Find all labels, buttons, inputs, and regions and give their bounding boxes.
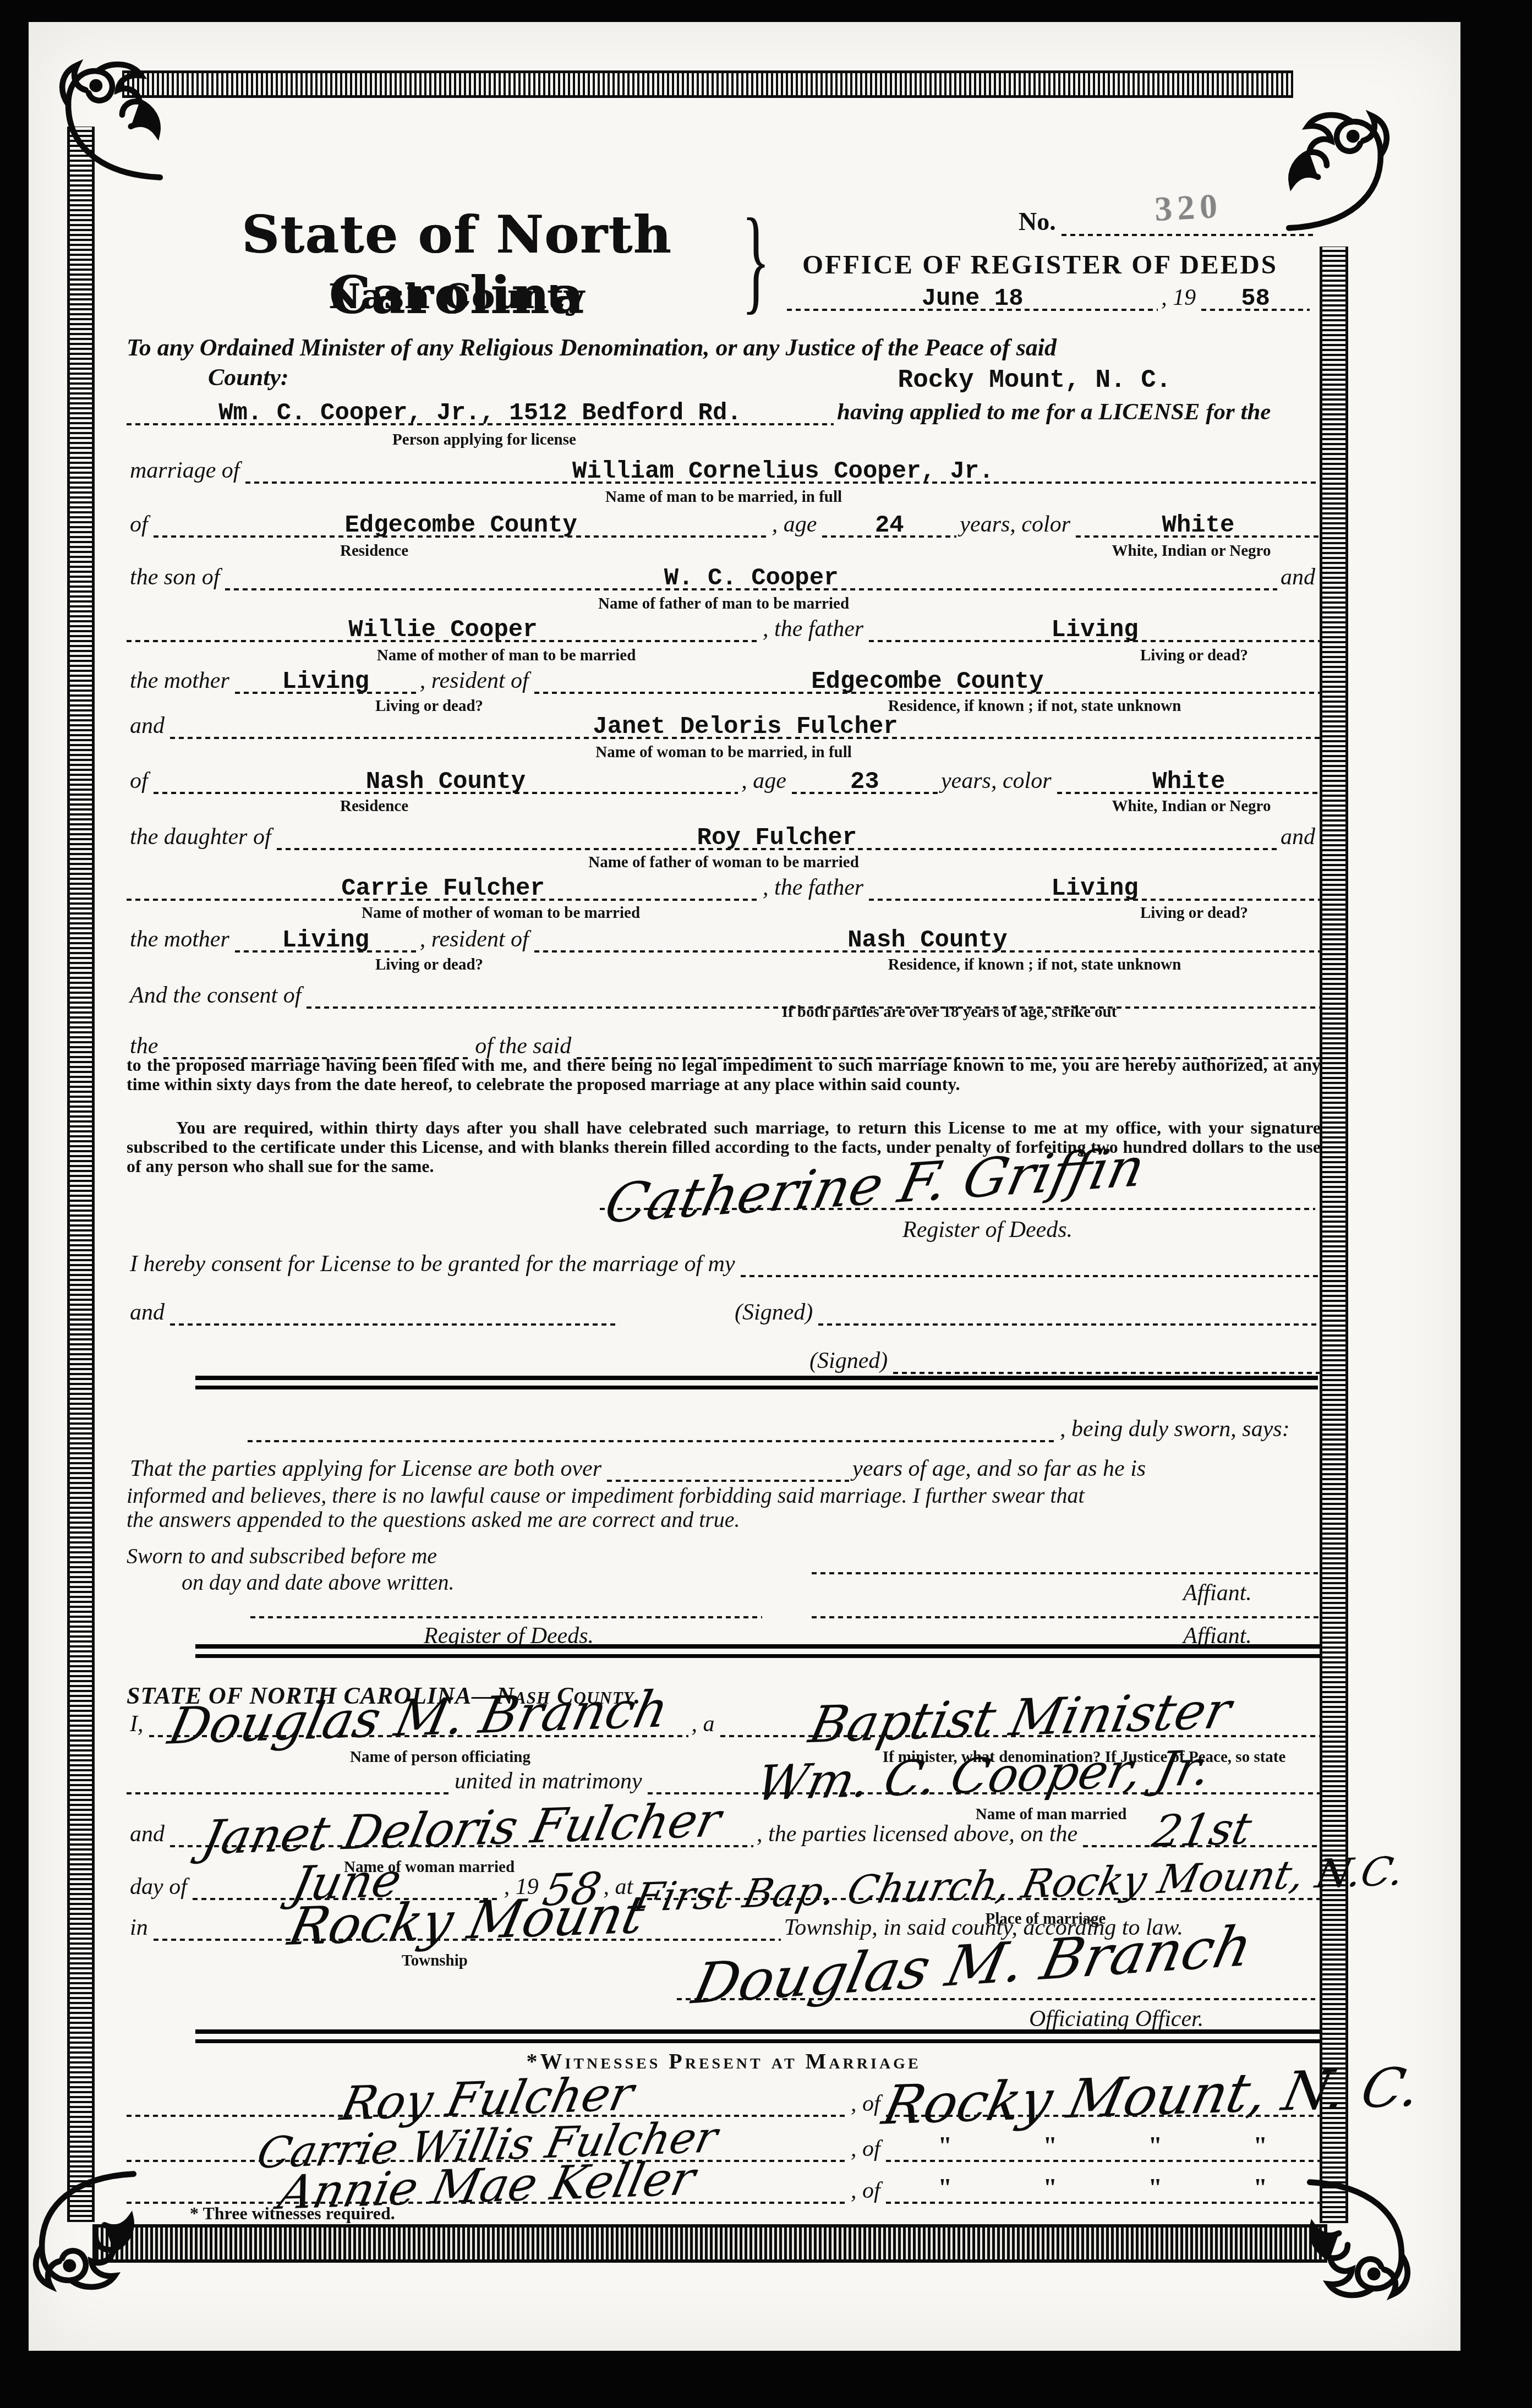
- township-line: Rocky Mount: [154, 1906, 781, 1939]
- woman-married-row: and Janet Deloris Fulcher , the parties …: [127, 1812, 1321, 1846]
- county-title: Nash County: [149, 276, 765, 316]
- bride-parents-residence-sub: Residence, if known ; if not, state unkn…: [748, 956, 1321, 973]
- number-label: No.: [1015, 209, 1062, 234]
- bride-of-label: of: [127, 769, 154, 792]
- officiating-officer-label: Officiating Officer.: [1029, 2006, 1203, 2032]
- issue-date-line: June 18: [787, 285, 1158, 309]
- signed-label-2: (Signed): [806, 1349, 893, 1372]
- the-label: the: [127, 1035, 163, 1058]
- years-color-label: years, color: [956, 513, 1076, 536]
- issue-date-value: June 18: [922, 285, 1024, 313]
- groom-father-sub: Name of father of man to be married: [462, 595, 985, 612]
- a-label: , a: [688, 1712, 720, 1736]
- bride-parents-residence-line: Nash County: [534, 927, 1321, 951]
- groom-mother-living-line: Living: [235, 668, 417, 692]
- corner-ornament-top-left: [48, 59, 167, 183]
- licensed-label: , the parties licensed above, on the: [753, 1823, 1083, 1846]
- sworn-before-line-1: Sworn to and subscribed before me: [127, 1544, 437, 1568]
- township-value: Rocky Mount: [287, 1902, 647, 1941]
- applicant-line: Wm. C. Cooper, Jr., 1512 Bedford Rd.: [127, 399, 834, 424]
- denomination-value: Baptist Minister: [808, 1698, 1233, 1738]
- bride-color-sub: White, Indian or Negro: [1062, 798, 1321, 814]
- bride-father-sub: Name of father of woman to be married: [462, 854, 985, 871]
- bride-residence-line: Nash County: [154, 768, 738, 792]
- applicant-row: Wm. C. Cooper, Jr., 1512 Bedford Rd. hav…: [127, 394, 1321, 424]
- groom-father-row: the son of W. C. Cooper and: [127, 559, 1321, 589]
- groom-name-row: marriage of William Cornelius Cooper, Jr…: [127, 452, 1321, 482]
- bride-color-line: White: [1057, 768, 1321, 792]
- officiant-name-line: Douglas M. Branch: [149, 1703, 688, 1736]
- groom-residence-line: Edgecombe County: [154, 512, 769, 536]
- of-label: of: [127, 513, 154, 536]
- township-sub: Township: [330, 1952, 539, 1969]
- groom-father-line: W. C. Cooper: [225, 565, 1277, 589]
- witness-residence-line-3: " " " ": [886, 2173, 1321, 2202]
- marriage-date-row: day of June , 19 58 , at First Bap. Chur…: [127, 1864, 1321, 1898]
- age-label: , age: [769, 513, 823, 536]
- license-paragraph-1: to the proposed marriage having been fil…: [127, 1055, 1321, 1094]
- applicant-value: Wm. C. Cooper, Jr., 1512 Bedford Rd.: [218, 399, 742, 427]
- bride-father-living-value: Living: [1051, 875, 1138, 902]
- bride-name-row: and Janet Deloris Fulcher: [127, 708, 1321, 737]
- border-bottom-bar: [92, 2224, 1327, 2263]
- groom-color-sub: White, Indian or Negro: [1062, 543, 1321, 559]
- bride-name-sub: Name of woman to be married, in full: [462, 744, 985, 760]
- witness-name-line-1: Roy Fulcher: [127, 2086, 847, 2115]
- groom-name-value: William Cornelius Cooper, Jr.: [572, 458, 994, 485]
- officiant-row: I, Douglas M. Branch , a Baptist Ministe…: [127, 1701, 1321, 1736]
- groom-parents-residence-value: Edgecombe County: [811, 668, 1043, 696]
- section-divider-3: [195, 2029, 1321, 2043]
- groom-name-sub: Name of man to be married, in full: [462, 489, 985, 505]
- register-line-2: [250, 1587, 762, 1617]
- witness-name-line-2: Carrie Willis Fulcher: [127, 2133, 847, 2160]
- groom-mother-line: Willie Cooper: [127, 616, 759, 641]
- affidavit-line-2: informed and believes, there is no lawfu…: [127, 1484, 1085, 1508]
- corner-ornament-bottom-right: [1303, 2176, 1421, 2300]
- sworn-says-row: , being duly sworn, says:: [248, 1411, 1321, 1441]
- border-top-bar: [122, 70, 1293, 98]
- resident-of-label: , resident of: [417, 669, 534, 692]
- salutation-county: County:: [208, 363, 289, 391]
- scanned-marriage-license: State of North Carolina Nash County } No…: [0, 0, 1532, 2408]
- brace-glyph: }: [742, 205, 770, 314]
- bride-residence-row: of Nash County , age 23 years, color Whi…: [127, 763, 1321, 792]
- strike-note: If both parties are over 18 years of age…: [732, 1004, 1167, 1020]
- bride-mother-sub: Name of mother of woman to be married: [237, 905, 765, 921]
- man-married-line: Wm. C. Cooper, Jr.: [648, 1761, 1321, 1793]
- issue-date-row: June 18 , 19 58: [787, 280, 1310, 309]
- bride-residence-value: Nash County: [366, 768, 526, 796]
- witness-name-3: Annie Mae Keller: [277, 2168, 697, 2205]
- affidavit-line-3: the answers appended to the questions as…: [127, 1508, 740, 1532]
- groom-name-line: William Cornelius Cooper, Jr.: [245, 458, 1321, 482]
- bride-father-living-line: Living: [869, 875, 1321, 899]
- bride-father-line: Roy Fulcher: [277, 824, 1277, 849]
- officiant-name-value: Douglas M. Branch: [167, 1696, 670, 1739]
- i-label: I,: [127, 1712, 149, 1736]
- bride-years-color-label: years, color: [938, 769, 1057, 792]
- guardian-and-row: and (Signed): [127, 1294, 1321, 1324]
- groom-father-value: W. C. Cooper: [664, 565, 839, 592]
- issue-year-value: 58: [1241, 285, 1270, 313]
- affiant-line-1: [812, 1543, 1318, 1573]
- bride-resident-of-label: , resident of: [417, 928, 534, 951]
- witness-of-label-2: , of: [847, 2137, 886, 2160]
- bride-name-value: Janet Deloris Fulcher: [593, 713, 898, 741]
- guardian-consent-label: I hereby consent for License to be grant…: [127, 1252, 741, 1276]
- number-stamp: 320: [1153, 185, 1223, 229]
- license-number-row: No. 320: [1015, 205, 1315, 234]
- groom-father-living-value: Living: [1051, 616, 1138, 644]
- woman-married-value: Janet Deloris Fulcher: [201, 1809, 723, 1850]
- cert-and-label: and: [127, 1823, 170, 1846]
- witness-residence-3: " " " ": [938, 2174, 1269, 2202]
- witnesses-footnote: * Three witnesses required.: [190, 2203, 395, 2224]
- bride-mother-living-value: Living: [282, 927, 369, 954]
- groom-mother-value: Willie Cooper: [348, 616, 537, 644]
- day-of-label: day of: [127, 1875, 193, 1898]
- applied-text: having applied to me for a LICENSE for t…: [834, 400, 1276, 424]
- bride-mother-value: Carrie Fulcher: [341, 875, 545, 902]
- son-of-label: the son of: [127, 566, 225, 589]
- bride-father-living-sub: Living or dead?: [1070, 905, 1318, 921]
- section-divider-1: [195, 1376, 1318, 1389]
- the-of-said-row: the of the said: [127, 1028, 1321, 1058]
- office-title: OFFICE OF REGISTER OF DEEDS: [770, 249, 1310, 280]
- applicant-sub: Person applying for license: [297, 431, 671, 448]
- denomination-line: Baptist Minister: [720, 1703, 1321, 1736]
- bride-mother-living-line: Living: [235, 927, 417, 951]
- witness-residence-line-1: Rocky Mount, N. C.: [886, 2081, 1321, 2115]
- witness-residence-line-2: " " " ": [886, 2131, 1321, 2160]
- groom-residence-row: of Edgecombe County , age 24 years, colo…: [127, 506, 1321, 536]
- witness-name-1: Roy Fulcher: [339, 2083, 635, 2116]
- signed-label-1: (Signed): [731, 1301, 818, 1324]
- witness-row-1: Roy Fulcher , of Rocky Mount, N. C.: [127, 2086, 1321, 2115]
- number-line: 320: [1062, 194, 1315, 234]
- bride-mother-row: Carrie Fulcher , the father Living: [127, 869, 1321, 899]
- groom-color-line: White: [1076, 512, 1321, 536]
- witness-name-line-3: Annie Mae Keller: [127, 2172, 847, 2202]
- witness-row-2: Carrie Willis Fulcher , of " " " ": [127, 2131, 1321, 2160]
- bride-and-label: and: [127, 714, 170, 737]
- over-age-row: That the parties applying for License ar…: [127, 1451, 1321, 1480]
- marriage-day-value: 21st: [1151, 1818, 1253, 1843]
- witness-of-label-1: , of: [847, 2092, 886, 2115]
- salutation-line: To any Ordained Minister of any Religiou…: [127, 333, 1321, 362]
- marriage-month-value: June: [291, 1869, 403, 1896]
- witness-residence-2: " " " ": [938, 2132, 1269, 2160]
- bride-father-value: Roy Fulcher: [697, 824, 857, 852]
- woman-married-line: Janet Deloris Fulcher: [170, 1815, 753, 1846]
- bride-the-mother-label: the mother: [127, 928, 235, 951]
- and-consent-label: And the consent of: [127, 984, 307, 1007]
- applicant-city: Rocky Mount, N. C.: [820, 368, 1249, 393]
- guardian-consent-row: I hereby consent for License to be grant…: [127, 1246, 1321, 1276]
- united-row: united in matrimony Wm. C. Cooper, Jr.: [127, 1759, 1321, 1793]
- bride-mother-line: Carrie Fulcher: [127, 875, 759, 899]
- bride-mother-living-row: the mother Living , resident of Nash Cou…: [127, 921, 1321, 951]
- groom-mother-sub: Name of mother of man to be married: [259, 647, 754, 664]
- groom-father-living-line: Living: [869, 616, 1321, 641]
- groom-mother-living-value: Living: [282, 668, 369, 696]
- border-left-bar: [67, 127, 95, 2222]
- bride-age-line: 23: [792, 768, 938, 792]
- guardian-signed-row-2: (Signed): [127, 1343, 1321, 1372]
- bride-color-value: White: [1152, 768, 1225, 796]
- and-label: and: [1277, 566, 1321, 589]
- the-mother-label: the mother: [127, 669, 235, 692]
- witness-residence-1: Rocky Mount, N. C.: [881, 2074, 1422, 2120]
- united-label: united in matrimony: [451, 1770, 648, 1793]
- corner-ornament-bottom-left: [22, 2168, 140, 2292]
- bride-the-father-label: , the father: [759, 876, 869, 899]
- register-of-deeds-label: Register of Deeds.: [902, 1217, 1073, 1243]
- man-married-value: Wm. C. Cooper, Jr.: [755, 1756, 1213, 1796]
- of-said-label: of the said: [472, 1035, 577, 1058]
- groom-father-living-sub: Living or dead?: [1070, 647, 1318, 664]
- affiant-line-2: [812, 1587, 1321, 1617]
- witness-of-label-3: , of: [847, 2179, 886, 2202]
- witness-row-3: Annie Mae Keller , of " " " ": [127, 2172, 1321, 2202]
- border-right-bar: [1320, 247, 1348, 2223]
- groom-residence-value: Edgecombe County: [344, 512, 577, 539]
- over-line-label: That the parties applying for License ar…: [127, 1457, 607, 1480]
- bride-age-label: , age: [738, 769, 792, 792]
- marriage-of-label: marriage of: [127, 459, 245, 482]
- daughter-of-label: the daughter of: [127, 825, 277, 849]
- bride-name-line: Janet Deloris Fulcher: [170, 713, 1321, 737]
- bride-and2-label: and: [1277, 825, 1321, 849]
- section-divider-2: [195, 1644, 1321, 1658]
- the-father-label: , the father: [759, 617, 869, 641]
- sworn-suffix-label: , being duly sworn, says:: [1057, 1418, 1295, 1441]
- in-label: in: [127, 1916, 154, 1939]
- issue-year-line: 58: [1201, 285, 1310, 309]
- bride-mother-living-sub: Living or dead?: [300, 956, 559, 973]
- groom-age-value: 24: [875, 512, 904, 539]
- groom-age-line: 24: [822, 512, 956, 536]
- consent-row: And the consent of: [127, 977, 1321, 1007]
- bride-father-row: the daughter of Roy Fulcher and: [127, 819, 1321, 849]
- groom-mother-living-row: the mother Living , resident of Edgecomb…: [127, 663, 1321, 692]
- groom-residence-sub: Residence: [193, 543, 556, 559]
- bride-residence-sub: Residence: [193, 798, 556, 814]
- age-suffix-label: years of age, and so far as he is: [849, 1457, 1151, 1480]
- year-prefix-label: , 19: [1158, 286, 1201, 309]
- marriage-place-line: First Bap. Church, Rocky Mount, N.C.: [638, 1872, 1321, 1898]
- groom-mother-row: Willie Cooper , the father Living: [127, 611, 1321, 641]
- groom-parents-residence-line: Edgecombe County: [534, 668, 1321, 692]
- guardian-and-label: and: [127, 1301, 170, 1324]
- bride-parents-residence-value: Nash County: [847, 927, 1007, 954]
- marriage-day-line: 21st: [1083, 1817, 1321, 1846]
- bride-age-value: 23: [850, 768, 879, 796]
- groom-color-value: White: [1162, 512, 1234, 539]
